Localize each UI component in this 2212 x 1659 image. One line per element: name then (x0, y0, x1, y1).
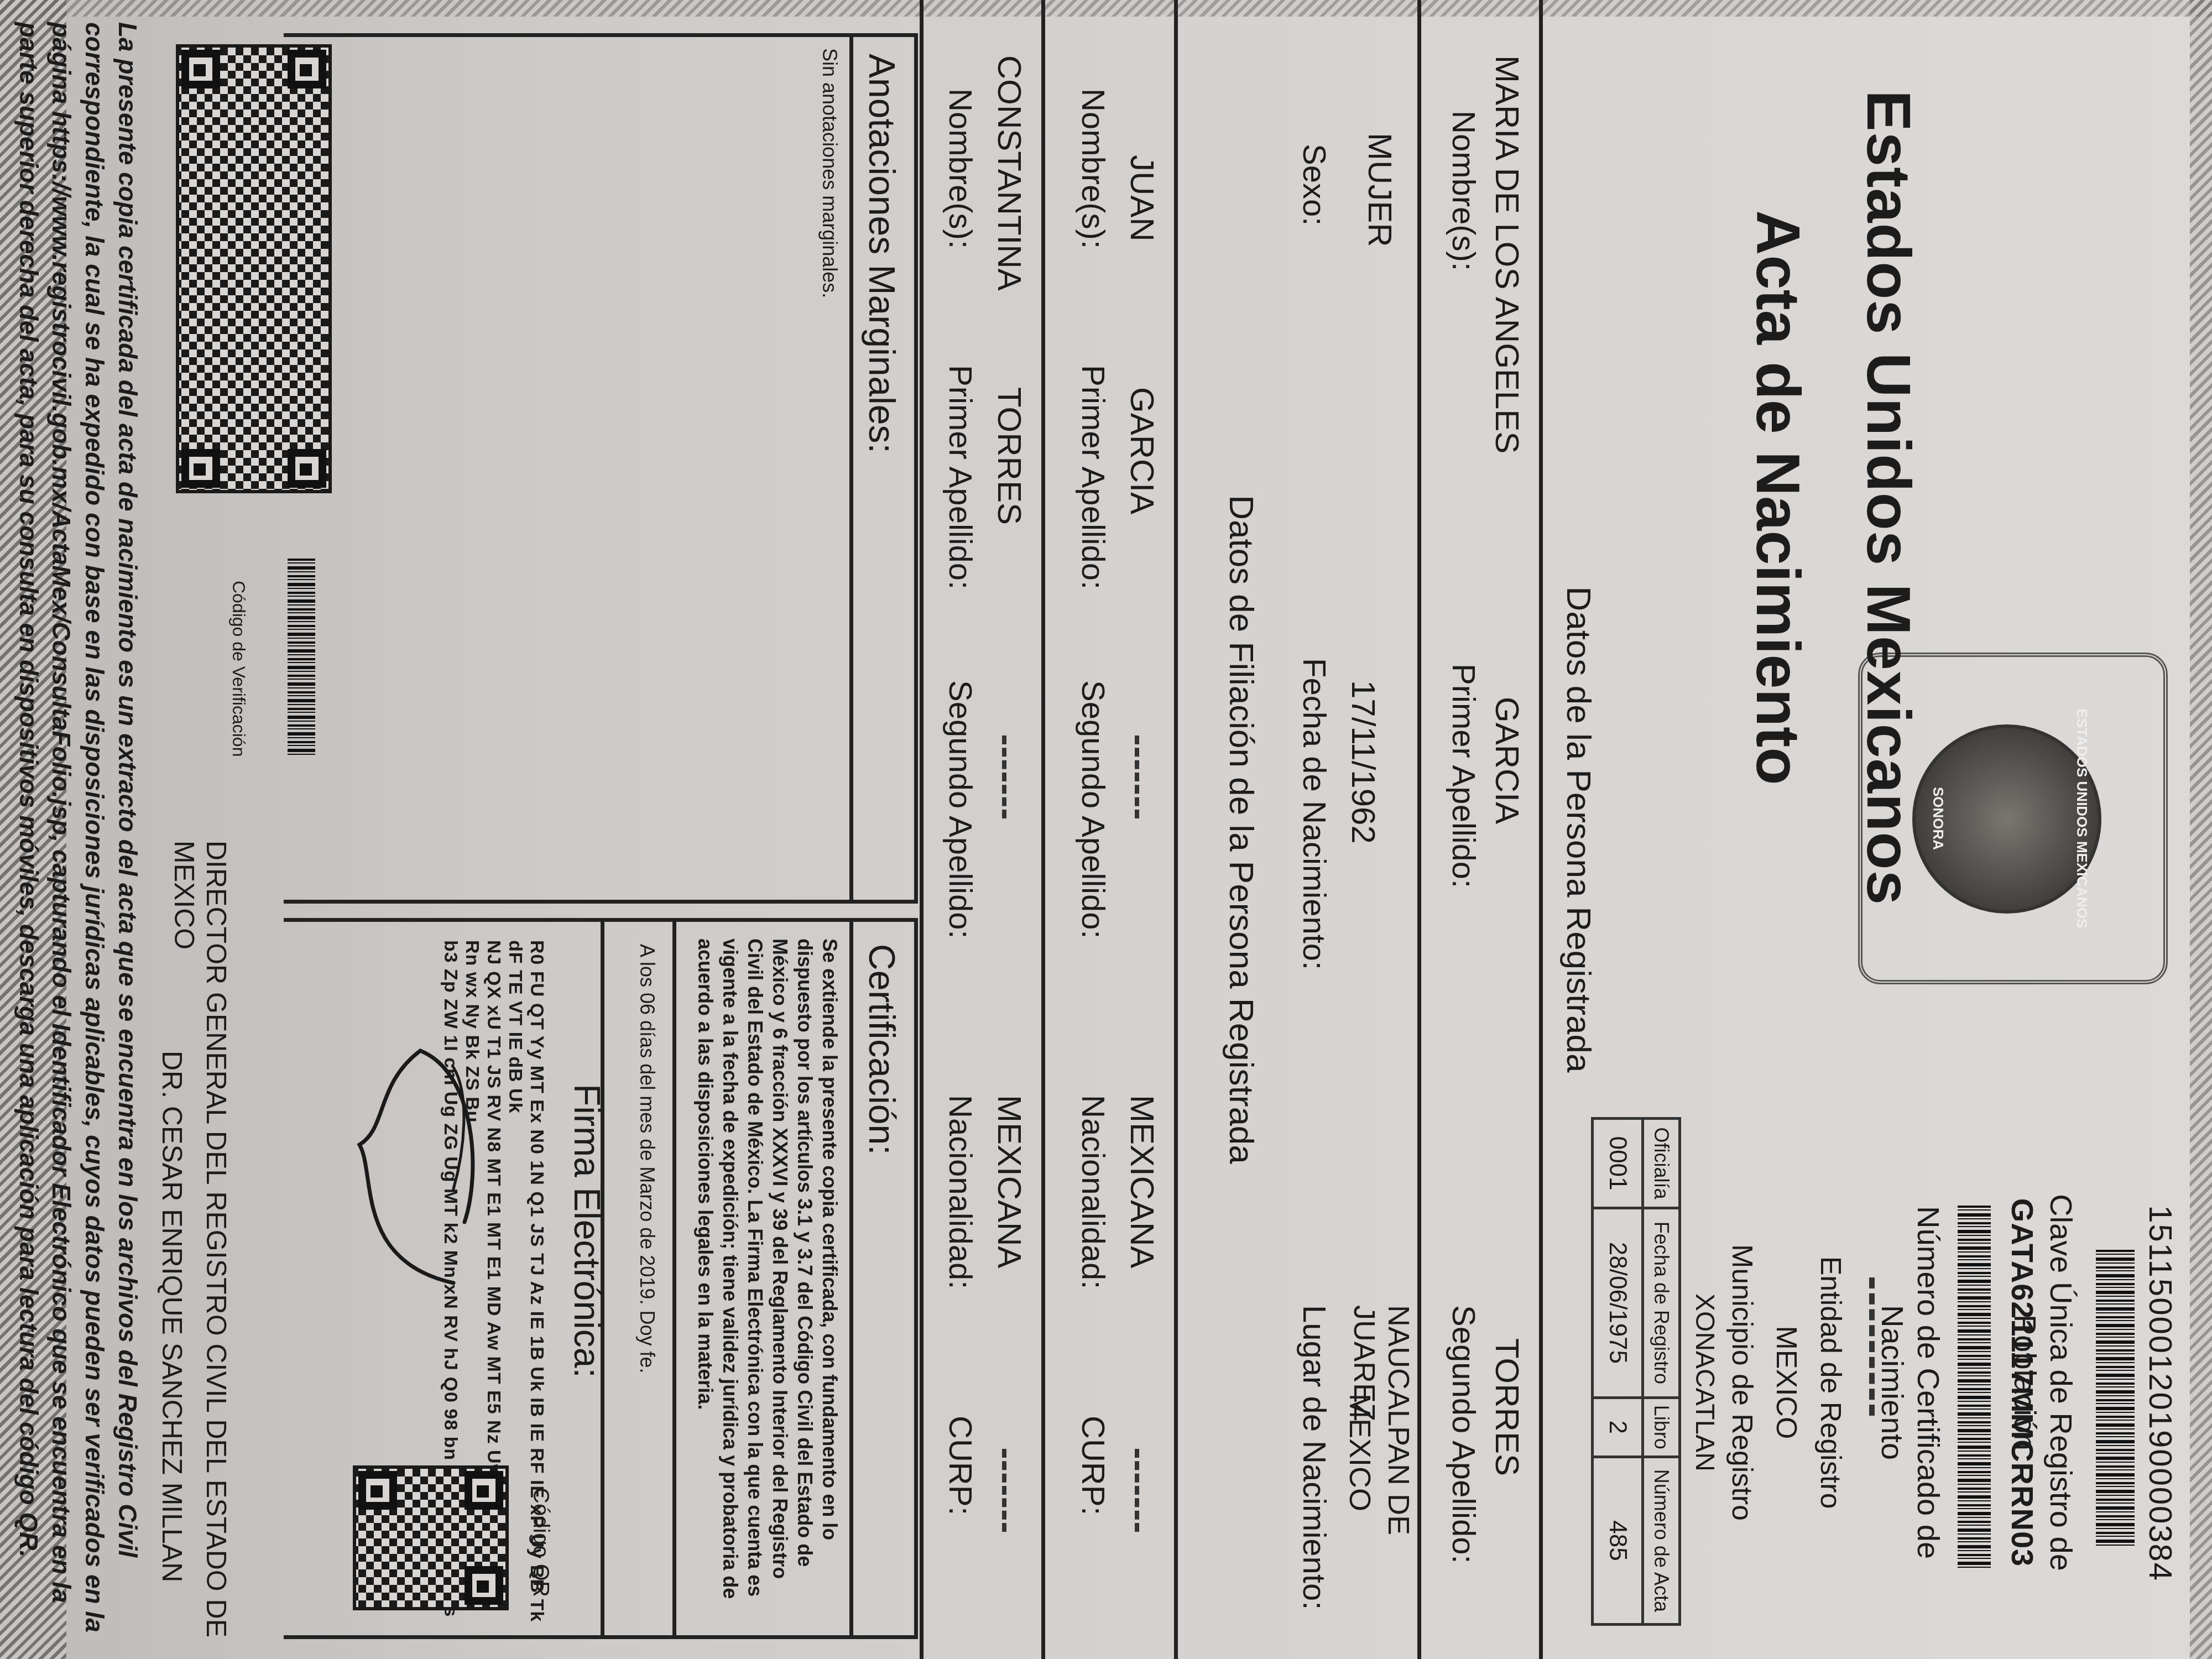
registry-table-row: 0001 28/06/1975 2 485 (1593, 1119, 1643, 1625)
parent1-nacionalidad-label: Nacionalidad: (1074, 1095, 1112, 1289)
certification-date: A los 06 días del mes de Marzo de 2019. … (635, 944, 660, 1373)
parent2-curp-empty (999, 1449, 1009, 1532)
parent2-segundo-apellido-label: Segundo Apellido: (942, 680, 979, 939)
registered-nombres-label: Nombre(s): (1445, 111, 1482, 271)
seal-text-top: ESTADOS UNIDOS MEXICANOS (2073, 653, 2090, 984)
verification-2d-code-icon (176, 44, 332, 493)
electronic-signature-title: Firma Electrónica: (566, 1084, 608, 1378)
folio-barcode (2096, 1250, 2135, 1548)
header-libro: Libro (1643, 1397, 1680, 1457)
parent2-primer-apellido-label: Primer Apellido: (942, 365, 979, 589)
parent1-curp-label: CURP: (1074, 1416, 1112, 1515)
registry-table: Oficialía Fecha de Registro Libro Número… (1591, 1117, 1681, 1626)
registered-primer-apellido-label: Primer Apellido: (1445, 664, 1482, 888)
entidad-value: MEXICO (1770, 1134, 1803, 1631)
divider (849, 37, 853, 900)
municipio-label: Municipio de Registro (1725, 1134, 1759, 1631)
registered-sexo-label: Sexo: (1296, 144, 1333, 226)
curp-barcode (1958, 1206, 1991, 1571)
certificate-number-empty (1869, 1277, 1875, 1416)
value-numero-acta: 485 (1593, 1457, 1643, 1624)
parent2-nombres-value: CONSTANTINA (990, 55, 1029, 291)
registered-fecha-nacimiento-label: Fecha de Nacimiento: (1296, 658, 1333, 970)
annotations-text: Sin anotaciones marginales. (817, 48, 842, 298)
birth-certificate-document: ESTADOS UNIDOS MEXICANOS SONORA Estados … (0, 0, 2212, 1659)
annotations-box: Anotaciones Marginales: Sin anotaciones … (284, 33, 918, 904)
electronic-folio-number: 15115000120190000384 (2142, 1205, 2179, 1582)
verification-code-label: Código de Verificación (228, 581, 249, 757)
parent1-segundo-apellido-empty (1132, 735, 1142, 818)
verification-barcode (288, 559, 315, 758)
parent1-curp-empty (1132, 1449, 1142, 1532)
parent2-nombres-label: Nombre(s): (942, 88, 979, 249)
director-name: DR. CESAR ENRIQUE SANCHEZ MILLAN (156, 1051, 188, 1582)
parent2-nacionalidad-label: Nacionalidad: (942, 1095, 979, 1289)
registered-nombres-value: MARIA DE LOS ANGELES (1488, 55, 1526, 453)
municipio-value: XONACATLAN (1689, 1134, 1720, 1631)
parent2-segundo-apellido-empty (999, 735, 1009, 818)
registered-segundo-apellido-value: TORRES (1488, 1338, 1526, 1476)
value-oficialia: 0001 (1593, 1119, 1643, 1208)
qr-code-label: Código QR (528, 1488, 553, 1597)
security-border-top (2190, 0, 2212, 1659)
seal-text-bottom: SONORA (1929, 653, 1947, 984)
registered-person-section-title: Datos de la Persona Registrada (1559, 0, 1598, 1659)
divider (672, 922, 676, 1635)
annotations-title: Anotaciones Marginales: (861, 54, 903, 453)
certificate-number-label: Número de Certificado de Nacimiento (1875, 1134, 1947, 1631)
certification-text: Se extiende la presente copia certificad… (693, 938, 842, 1619)
value-fecha-registro: 28/06/1975 (1593, 1208, 1643, 1398)
header-oficialia: Oficialía (1643, 1119, 1680, 1208)
registered-lugar-nacimiento-estado: MEXICO (1343, 1394, 1377, 1511)
parent1-nombres-label: Nombre(s): (1074, 88, 1112, 249)
divider (1041, 0, 1045, 1659)
filiation-section-title: Datos de Filiación de la Persona Registr… (1222, 0, 1261, 1659)
registered-primer-apellido-value: GARCIA (1488, 697, 1526, 824)
qr-code-icon (353, 1465, 509, 1610)
parent2-curp-label: CURP: (942, 1416, 979, 1515)
value-libro: 2 (1593, 1397, 1643, 1457)
registered-fecha-nacimiento-value: 17/11/1962 (1344, 680, 1383, 844)
parent1-primer-apellido-value: GARCIA (1123, 387, 1161, 514)
divider (1539, 0, 1543, 1659)
header-fecha-registro: Fecha de Registro (1643, 1208, 1680, 1398)
parent2-nacionalidad-value: MEXICANA (990, 1095, 1029, 1268)
parent1-nacionalidad-value: MEXICANA (1123, 1095, 1161, 1268)
legal-footer-text: La presente copia certificada del acta d… (12, 22, 144, 1637)
parent1-segundo-apellido-label: Segundo Apellido: (1074, 680, 1112, 939)
registered-lugar-nacimiento-label: Lugar de Nacimiento: (1296, 1305, 1333, 1610)
divider (1174, 0, 1178, 1659)
header-numero-acta: Número de Acta (1643, 1457, 1680, 1624)
divider (849, 922, 853, 1635)
parent1-nombres-value: JUAN (1123, 155, 1161, 242)
registered-sexo-value: MUJER (1361, 133, 1399, 247)
registered-segundo-apellido-label: Segundo Apellido: (1445, 1305, 1482, 1564)
handwritten-signature-icon (304, 1006, 487, 1316)
document-type-title: Acta de Nacimiento (1743, 0, 1814, 995)
registry-table-header: Oficialía Fecha de Registro Libro Número… (1643, 1119, 1680, 1625)
divider (1417, 0, 1421, 1659)
curp-value: GATA621117MMCRRN03 (2005, 1134, 2041, 1631)
document-country-title: Estados Unidos Mexicanos (1853, 0, 1924, 995)
divider (920, 0, 924, 1659)
certification-title: Certificación: (861, 944, 903, 1155)
parent1-primer-apellido-label: Primer Apellido: (1074, 365, 1112, 589)
parent2-primer-apellido-value: TORRES (990, 387, 1029, 525)
entidad-label: Entidad de Registro (1814, 1134, 1847, 1631)
